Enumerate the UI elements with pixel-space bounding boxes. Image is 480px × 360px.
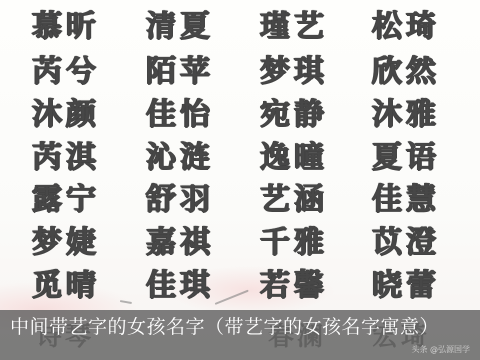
name-cell: 艺涵 [244, 182, 344, 218]
name-cell: 若馨 [244, 268, 344, 304]
name-cell: 清夏 [130, 9, 230, 45]
name-cell: 逸曈 [244, 140, 344, 176]
name-cell: 芮兮 [16, 54, 116, 90]
name-cell: 晓蕾 [356, 268, 456, 304]
name-cell: 夏语 [356, 140, 456, 176]
name-cell: 沐颜 [16, 97, 116, 133]
name-cell: 松琦 [356, 9, 456, 45]
name-cell: 梦琪 [244, 54, 344, 90]
name-cell: 陌苹 [130, 54, 230, 90]
name-cell: 芮淇 [16, 140, 116, 176]
name-cell: 沐雅 [356, 97, 456, 133]
name-cell: 觅晴 [16, 268, 116, 304]
name-cell: 佳琪 [130, 268, 230, 304]
watermark: 头条 @弘源国学 [411, 344, 470, 356]
name-cell: 瑾艺 [244, 9, 344, 45]
name-cell: 慕昕 [16, 9, 116, 45]
name-cell: 佳怡 [130, 97, 230, 133]
name-cell: 沁涟 [130, 140, 230, 176]
caption-title: 中间带艺字的女孩名字（带艺字的女孩名字寓意） [10, 312, 480, 342]
name-cell: 露宁 [16, 182, 116, 218]
name-cell: 千雅 [244, 225, 344, 261]
name-cell: 佳慧 [356, 182, 456, 218]
name-cell: 舒羽 [130, 182, 230, 218]
name-cell: 欣然 [356, 54, 456, 90]
name-cell: 梦婕 [16, 225, 116, 261]
name-cell: 嘉祺 [130, 225, 230, 261]
name-cell: 宛静 [244, 97, 344, 133]
name-cell: 苡澄 [356, 225, 456, 261]
